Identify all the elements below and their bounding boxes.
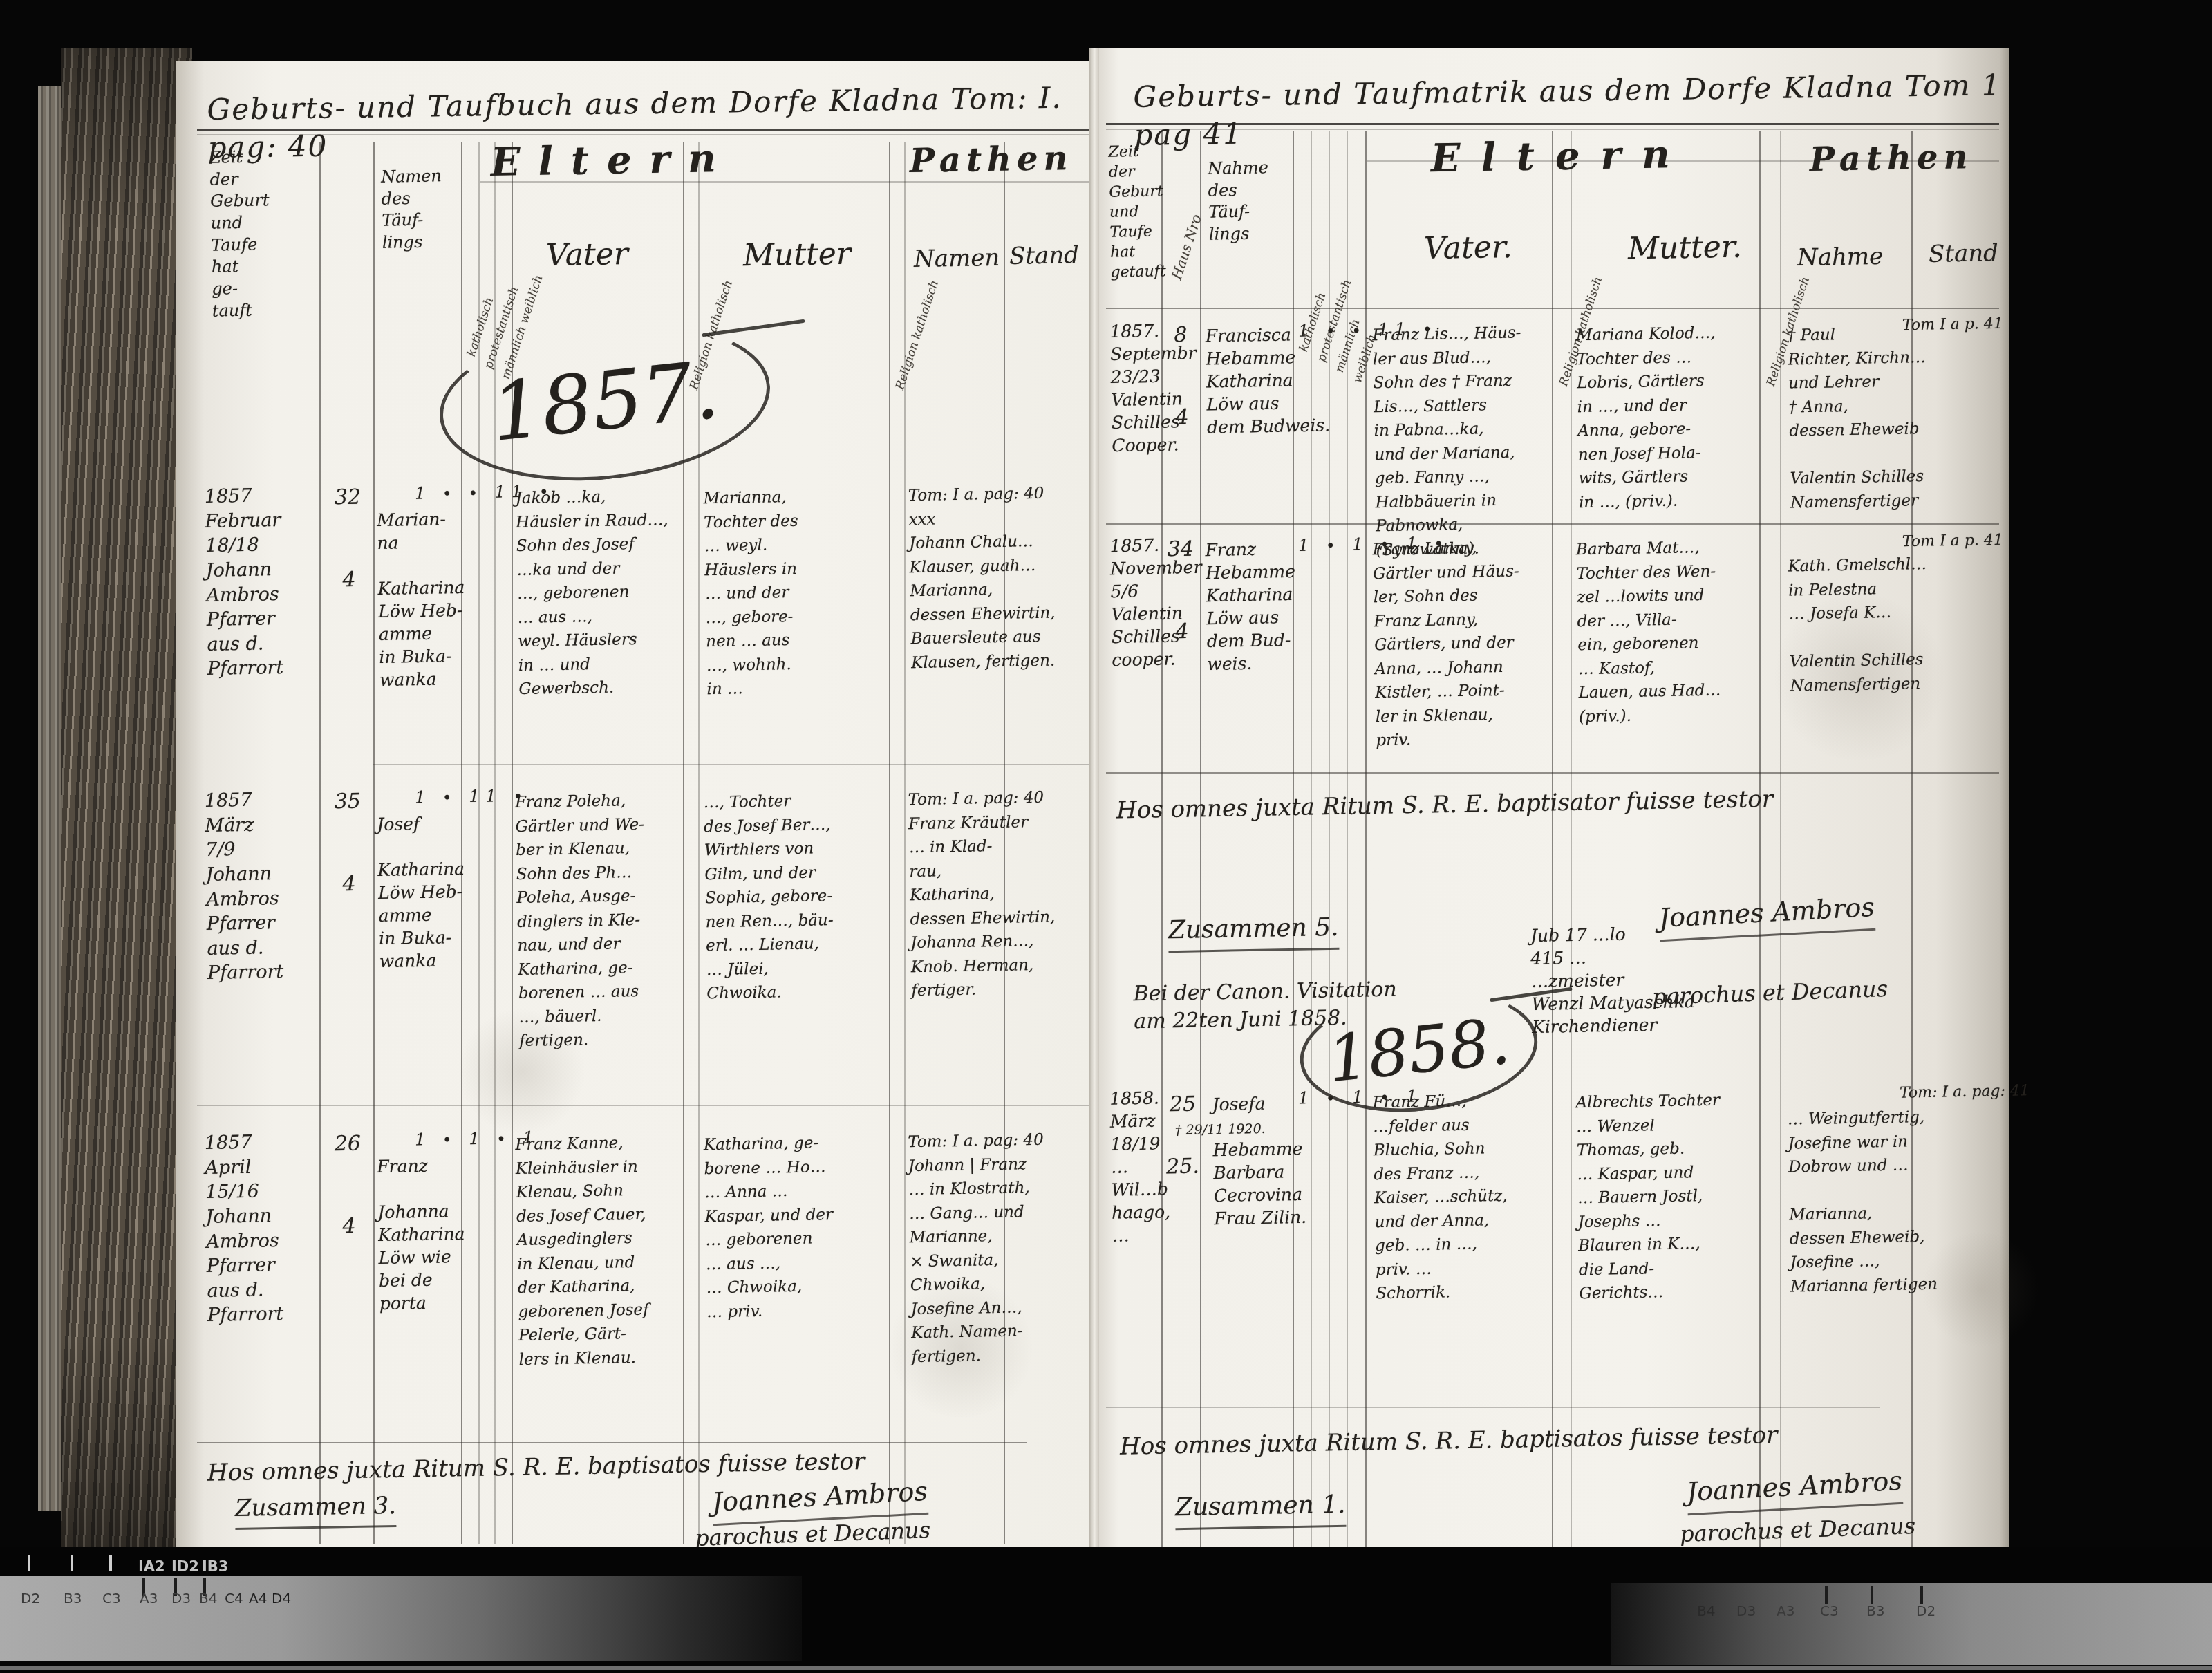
left-header-name: Namen des Täuf- lings: [381, 165, 443, 254]
ruler-baseline: [0, 1666, 2212, 1670]
ruler-label-top: IB3: [202, 1558, 228, 1575]
ruler-tick: [1871, 1586, 1873, 1604]
left-header-vater: Vater: [546, 234, 629, 276]
right-header-vater: Vater.: [1424, 227, 1513, 269]
ruler-label: D3: [1736, 1602, 1756, 1619]
right-header-pathen: Pathen: [1809, 135, 1973, 182]
entry-house-no: 26 4: [327, 1130, 371, 1240]
entry-mother: …, Tochter des Josef Ber…, Wirthlers von…: [703, 788, 886, 1006]
entry-father: Franz Kanne, Kleinhäusler in Klenau, Soh…: [515, 1130, 682, 1372]
ruler-label: D2: [21, 1590, 40, 1607]
ruler-label: A4: [249, 1590, 267, 1607]
right-header-pathen-stand: Stand: [1929, 238, 1999, 270]
ruler-label: B4: [1697, 1602, 1715, 1619]
ruler-band-right: [1611, 1583, 2212, 1665]
entry-date: 1857 März 7/9 Johann Ambros Pfarrer aus …: [205, 787, 284, 986]
right-col-line: [1759, 131, 1761, 1547]
ruler-label: C3: [1820, 1602, 1839, 1619]
ruler-label: B3: [1866, 1602, 1884, 1619]
left-year: 1857.: [487, 344, 722, 460]
entry-date: 1858. März 18/19 … Wil…b haago, …: [1109, 1086, 1171, 1246]
entry-tom-reference: Tom I a p. 41: [1902, 314, 2003, 336]
entry-godparents: … Weingutfertig, Josefine war in Dobrow …: [1788, 1104, 1991, 1298]
entry-father: Franz Lanny, Gärtler und Häus- ler, Sohn…: [1372, 535, 1548, 753]
ruler-tick: [109, 1555, 112, 1571]
entry-house-no: 34 4: [1163, 536, 1200, 646]
left-entry-separator: [373, 764, 1089, 765]
entry-date: 1857 Februar 18/18 Johann Ambros Pfarrer…: [205, 483, 284, 682]
ruler-tick: [28, 1555, 30, 1571]
ruler-label: D4: [272, 1590, 291, 1607]
ruler-label: B4: [199, 1590, 217, 1607]
entry-godparents: Tom: I a. pag: 40 xxx Johann Chalu… Klau…: [908, 481, 1088, 675]
ruler-label: C4: [225, 1590, 243, 1607]
right-header-name: Nahme des Täuf- lings: [1208, 157, 1270, 245]
entry-godparents: Tom: I a. pag: 40 Johann | Franz … in Kl…: [908, 1128, 1088, 1369]
right-header-eltern: Eltern: [1430, 129, 1691, 185]
entry-child-name: Franz Hebamme Katharina Löw aus dem Bud-…: [1205, 537, 1297, 675]
left-header-pathen: Pathen: [909, 137, 1073, 183]
entry-father: Franz Lis…, Häus- ler aus Blud…, Sohn de…: [1372, 321, 1549, 562]
entry-house-no: 32 4: [327, 483, 371, 593]
left-header-time: Zeit der Geburt und Taufe hat ge- tauft: [209, 146, 272, 322]
entry-house-no: 8 4: [1163, 321, 1200, 431]
entry-godparents: † Paul Richter, Kirchn… und Lehrer † Ann…: [1788, 320, 1991, 514]
ruler-band-left: [0, 1576, 802, 1661]
book-page-stack-edge: [38, 86, 61, 1511]
right-bottom-summary: Zusammen 1.: [1175, 1488, 1347, 1530]
right-year: 1858.: [1324, 1004, 1513, 1097]
book-spine: [61, 48, 192, 1550]
left-col-line: [319, 142, 321, 1544]
entry-mother: Mariana Kolod…, Tochter des … Lobris, Gä…: [1576, 321, 1756, 514]
right-col-line: [1552, 131, 1553, 1547]
ruler-label: D3: [171, 1590, 191, 1607]
microfilm-resolution-strip: IA2 ID2 IB3 D2 B3 C3 A3 D3 B4 C4 A4 D4 B…: [0, 1547, 2212, 1673]
entry-child-name: Franz Johanna Katharina Löw wie bei de p…: [377, 1154, 467, 1315]
right-header-pathen-name: Nahme: [1797, 241, 1884, 274]
entry-child-name: Josefa Hebamme Barbara Cecrovina Frau Zi…: [1212, 1092, 1306, 1230]
entry-tally-marks: 1 ∙ 11 ∙: [415, 785, 529, 810]
ruler-label-top: ID2: [171, 1558, 199, 1575]
entry-tom-reference: Tom I a p. 41: [1902, 530, 2003, 552]
right-col-line: [1200, 131, 1201, 1547]
ruler-label: A3: [140, 1590, 158, 1607]
left-col-line: [373, 142, 375, 1544]
entry-mother: Albrechts Tochter … Wenzel Thomas, geb. …: [1575, 1088, 1755, 1306]
entry-mother: Barbara Mat…, Tochter des Wen- zel …lowi…: [1576, 535, 1756, 729]
right-attest-rule: [1106, 1407, 1880, 1408]
ruler-tick: [1920, 1586, 1923, 1604]
entry-mother: Marianna, Tochter des … weyl. Häuslers i…: [703, 484, 886, 702]
entry-father: Franz Fü…, …felder aus Bluchia, Sohn des…: [1372, 1088, 1548, 1306]
book-gutter: [1089, 48, 1099, 1550]
ruler-label: B3: [64, 1590, 82, 1607]
ruler-label: D2: [1916, 1602, 1935, 1619]
left-header-eltern: Eltern: [490, 133, 734, 189]
entry-godparents: Kath. Gmelschl… in Pelestna … Josefa K… …: [1788, 551, 1991, 698]
right-mid-summary: Zusammen 5.: [1168, 911, 1340, 953]
entry-father: Jakob …ka, Häusler in Raud…, Sohn des Jo…: [515, 484, 681, 702]
right-header-mutter: Mutter.: [1628, 227, 1743, 270]
entry-father: Franz Poleha, Gärtler und We- ber in Kle…: [515, 788, 682, 1054]
left-entry-separator: [197, 1105, 1089, 1106]
entry-godparents: Tom: I a. pag: 40 Franz Kräutler … in Kl…: [908, 785, 1087, 1003]
left-attest-rule: [197, 1442, 1027, 1443]
ruler-label: C3: [102, 1590, 121, 1607]
right-header-time: Zeit der Geburt und Taufe hat getauft: [1108, 141, 1166, 283]
entry-child-name: Marian- na Katharina Löw Heb- amme in Bu…: [377, 507, 467, 691]
entry-child-name: Josef Katharina Löw Heb- amme in Buka- w…: [377, 812, 467, 973]
microfilm-scan: { "left_page": { "title": "Geburts- und …: [0, 0, 2212, 1673]
ruler-label: A3: [1777, 1602, 1794, 1619]
ruler-label-top: IA2: [138, 1558, 165, 1575]
entry-tom-reference: Tom: I a. pag: 41: [1900, 1081, 2030, 1103]
entry-date: 1857 April 15/16 Johann Ambros Pfarrer a…: [205, 1130, 284, 1328]
entry-house-no-2: 25.: [1165, 1153, 1201, 1181]
left-header-pathen-name: Namen: [914, 243, 1000, 275]
entry-mother: Katharina, ge- borene … Ho… … Anna … Kas…: [704, 1130, 887, 1324]
left-summary: Zusammen 3.: [235, 1490, 397, 1530]
entry-house-no: 35 4: [327, 787, 371, 897]
ruler-tick: [71, 1555, 73, 1571]
ruler-tick: [1825, 1586, 1828, 1604]
left-header-mutter: Mutter: [743, 234, 852, 277]
left-header-pathen-stand: Stand: [1009, 240, 1080, 272]
left-col-line: [889, 142, 890, 1544]
entry-house-no: 25: [1165, 1091, 1201, 1119]
right-margin-notes: Jub 17 …lo 415 … …zmeister Wenzl Matyasc…: [1530, 922, 1696, 1038]
